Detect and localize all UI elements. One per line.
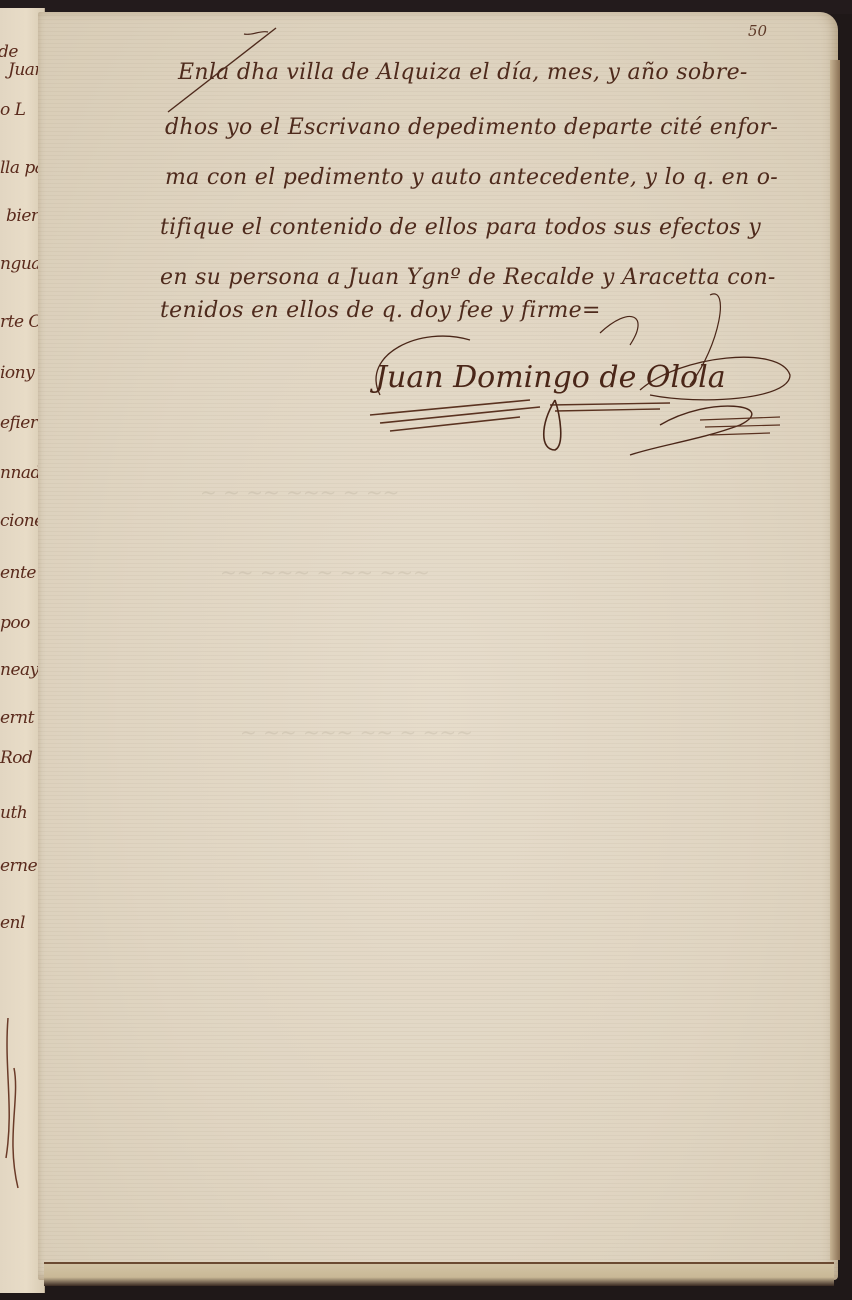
body-line: ma con el pedimento y auto antecedente, …	[165, 165, 778, 190]
left-fragment: ente	[0, 563, 36, 583]
left-fragment: iony	[0, 363, 34, 383]
folio-bottom-edge	[44, 1262, 834, 1286]
folio-number: 50	[748, 22, 767, 40]
left-fragment: o L	[0, 100, 25, 120]
folio-right-edge	[830, 60, 840, 1260]
left-fragment: de	[0, 42, 18, 62]
bleed-through: ~ ~ ~~ ~~~ ~ ~~	[200, 480, 399, 504]
body-line: Enla dha villa de Alquiza el día, mes, y…	[178, 60, 748, 85]
body-line: tifique el contenido de ellos para todos…	[160, 215, 761, 240]
left-fragment: neay	[0, 660, 39, 680]
left-fragment: rte C	[0, 312, 41, 332]
left-fragment: poo	[0, 613, 30, 633]
left-fragment: Rod	[0, 748, 32, 768]
left-fragment: uth	[0, 803, 27, 823]
signature-name: Juan Domingo de Olola	[375, 360, 726, 395]
manuscript-folio	[38, 12, 838, 1280]
left-fragment: ernt	[0, 708, 34, 728]
bleed-through: ~~ ~~~ ~ ~~ ~~~	[220, 560, 430, 584]
body-line: dhos yo el Escrivano depedimento departe…	[165, 115, 778, 140]
left-fragment: erne	[0, 856, 37, 876]
bleed-through: ~ ~~ ~~~ ~~ ~ ~~~	[240, 720, 473, 744]
left-fragment: enl	[0, 913, 25, 933]
